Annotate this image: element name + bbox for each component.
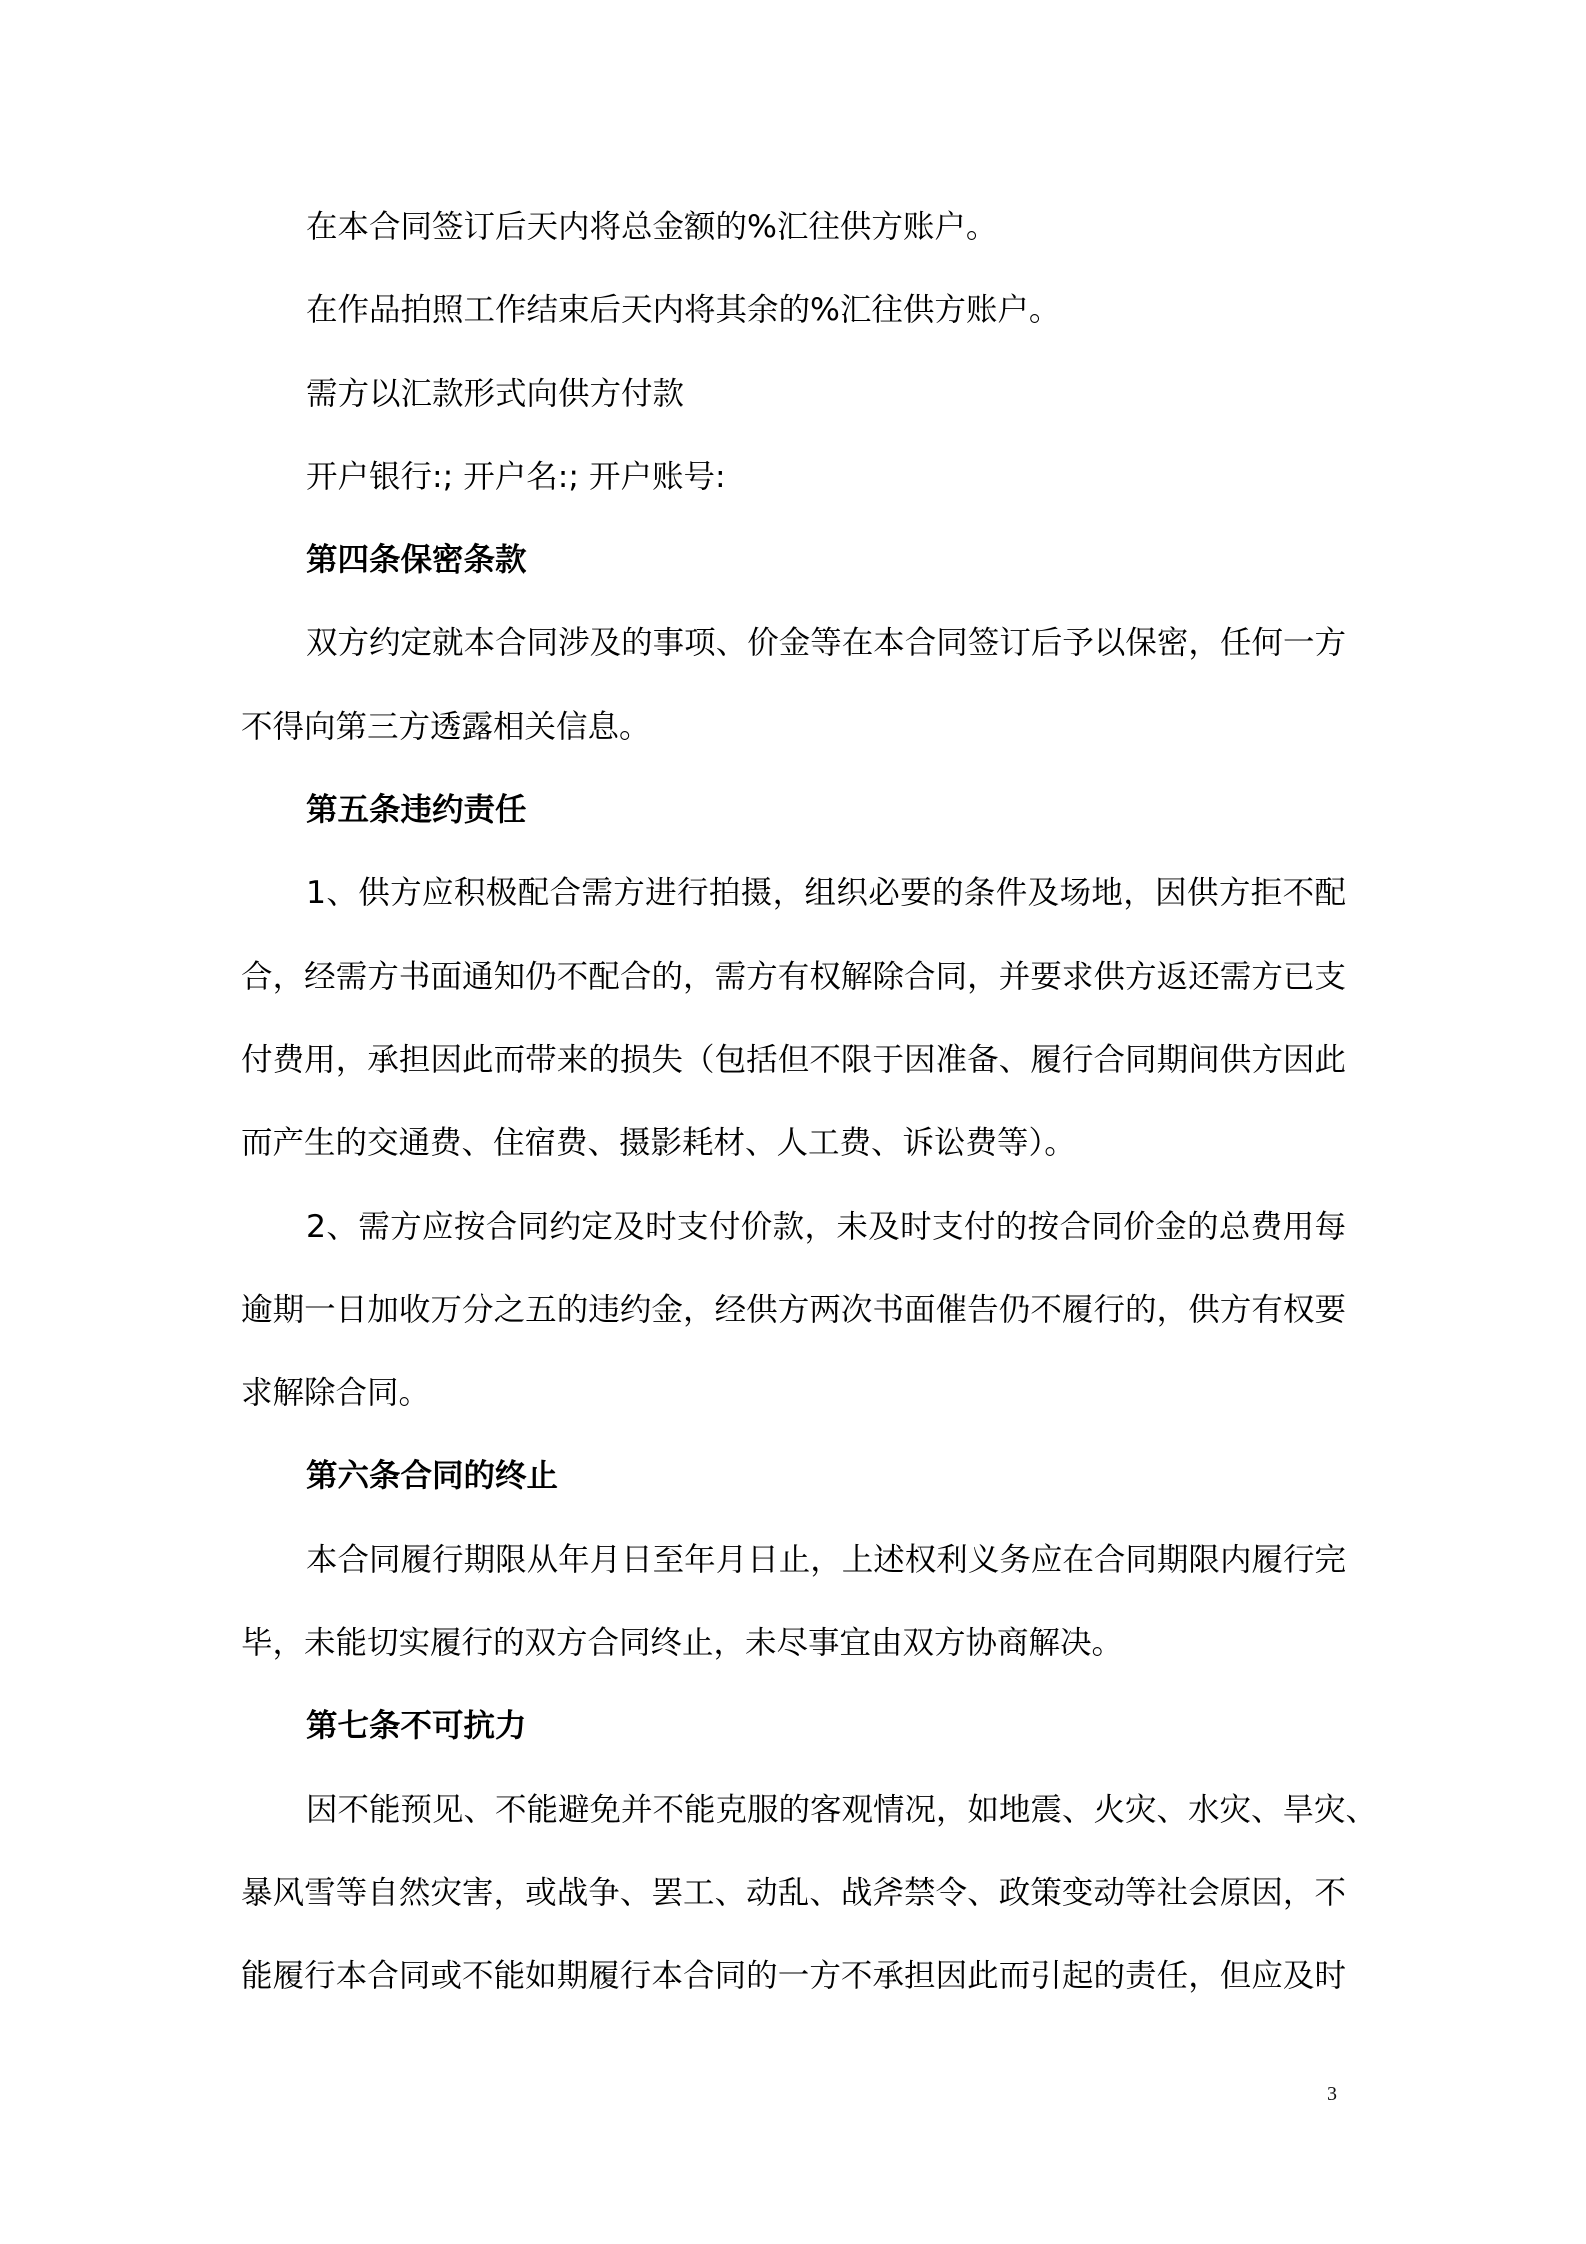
- force-majeure-paragraph-line: 能履行本合同或不能如期履行本合同的一方不承担因此而引起的责任，但应及时: [241, 1935, 1346, 2018]
- breach-clause-2-line: 求解除合同。: [241, 1352, 1346, 1435]
- payment-term-line-1: 在本合同签订后天内将总金额的%汇往供方账户。: [241, 186, 1346, 269]
- bank-account-line: 开户银行:; 开户名:; 开户账号:: [241, 436, 1346, 519]
- page-number: 3: [1327, 2083, 1337, 2106]
- section-heading-breach-liability: 第五条违约责任: [241, 769, 1346, 852]
- termination-paragraph-line: 毕，未能切实履行的双方合同终止，未尽事宜由双方协商解决。: [241, 1602, 1346, 1685]
- document-page: 在本合同签订后天内将总金额的%汇往供方账户。 在作品拍照工作结束后天内将其余的%…: [0, 0, 1586, 2244]
- breach-clause-1-line: 1、供方应积极配合需方进行拍摄，组织必要的条件及场地，因供方拒不配: [241, 852, 1346, 935]
- breach-clause-1-line: 付费用，承担因此而带来的损失（包括但不限于因准备、履行合同期间供方因此: [241, 1019, 1346, 1102]
- confidentiality-paragraph-line: 双方约定就本合同涉及的事项、价金等在本合同签订后予以保密，任何一方: [241, 602, 1346, 685]
- section-heading-confidentiality: 第四条保密条款: [241, 519, 1346, 602]
- breach-clause-2-line: 逾期一日加收万分之五的违约金，经供方两次书面催告仍不履行的，供方有权要: [241, 1269, 1346, 1352]
- section-heading-force-majeure: 第七条不可抗力: [241, 1685, 1346, 1768]
- termination-paragraph-line: 本合同履行期限从年月日至年月日止，上述权利义务应在合同期限内履行完: [241, 1519, 1346, 1602]
- section-heading-termination: 第六条合同的终止: [241, 1435, 1346, 1518]
- document-body: 在本合同签订后天内将总金额的%汇往供方账户。 在作品拍照工作结束后天内将其余的%…: [241, 186, 1346, 2019]
- breach-clause-2-line: 2、需方应按合同约定及时支付价款，未及时支付的按合同价金的总费用每: [241, 1186, 1346, 1269]
- force-majeure-paragraph-line: 暴风雪等自然灾害，或战争、罢工、动乱、战斧禁令、政策变动等社会原因，不: [241, 1852, 1346, 1935]
- breach-clause-1-line: 合，经需方书面通知仍不配合的，需方有权解除合同，并要求供方返还需方已支: [241, 936, 1346, 1019]
- payment-term-line-2: 在作品拍照工作结束后天内将其余的%汇往供方账户。: [241, 269, 1346, 352]
- force-majeure-paragraph-line: 因不能预见、不能避免并不能克服的客观情况，如地震、火灾、水灾、旱灾、: [241, 1769, 1346, 1852]
- confidentiality-paragraph-line: 不得向第三方透露相关信息。: [241, 686, 1346, 769]
- payment-method-line: 需方以汇款形式向供方付款: [241, 353, 1346, 436]
- breach-clause-1-line: 而产生的交通费、住宿费、摄影耗材、人工费、诉讼费等）。: [241, 1102, 1346, 1185]
